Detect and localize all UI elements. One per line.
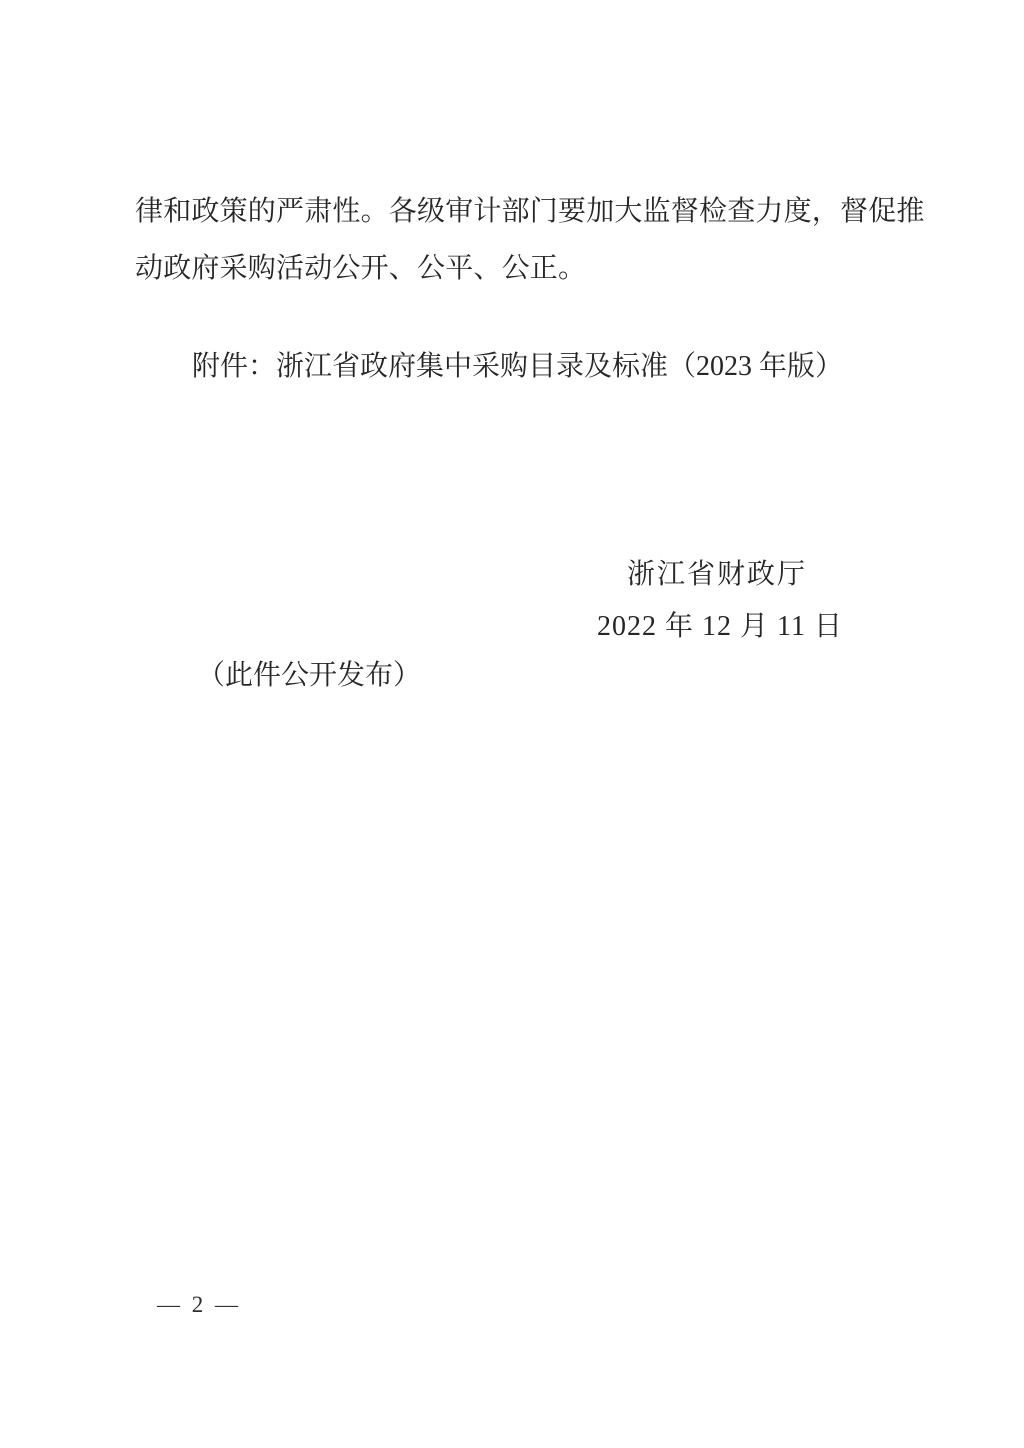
body-paragraph: 律和政策的严肃性。各级审计部门要加大监督检查力度，督促推 动政府采购活动公开、公… bbox=[135, 183, 905, 297]
attachment-line: 附件：浙江省政府集中采购目录及标准（2023 年版） bbox=[192, 350, 843, 384]
public-release-note: （此件公开发布） bbox=[197, 660, 421, 692]
paragraph-line: 律和政策的严肃性。各级审计部门要加大监督检查力度，督促推 bbox=[135, 183, 905, 240]
document-page: 律和政策的严肃性。各级审计部门要加大监督检查力度，督促推 动政府采购活动公开、公… bbox=[0, 0, 1024, 1448]
page-number: — 2 — bbox=[157, 1291, 241, 1319]
signature-date: 2022 年 12 月 11 日 bbox=[597, 611, 843, 643]
paragraph-line: 动政府采购活动公开、公平、公正。 bbox=[135, 240, 905, 297]
signature-organization: 浙江省财政厅 bbox=[627, 559, 807, 591]
